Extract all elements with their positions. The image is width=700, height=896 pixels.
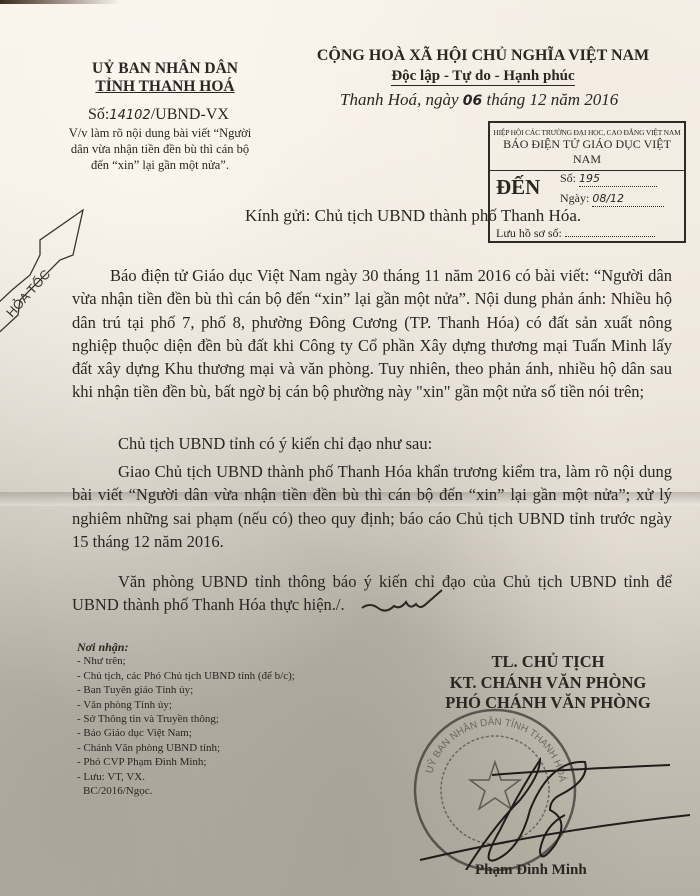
stamp-ngay-value: 08/12 bbox=[592, 192, 624, 205]
recipients-list: Nơi nhận: - Như trên; - Chủ tịch, các Ph… bbox=[77, 640, 295, 798]
body-paragraph-2: Chủ tịch UBND tỉnh có ý kiến chỉ đạo như… bbox=[72, 432, 672, 455]
recipient-item: - Chủ tịch, các Phó Chủ tịch UBND tỉnh (… bbox=[77, 669, 295, 683]
signer-name: Phạm Đình Minh bbox=[475, 862, 587, 879]
stamp-newspaper: BÁO ĐIỆN TỬ GIÁO DỤC VIỆT NAM bbox=[490, 137, 684, 171]
recipient-item: - Sở Thông tin và Truyền thông; bbox=[77, 712, 295, 726]
national-title: CỘNG HOÀ XÃ HỘI CHỦ NGHĨA VIỆT NAM bbox=[308, 47, 658, 65]
national-motto: Độc lập - Tự do - Hạnh phúc bbox=[308, 68, 658, 85]
urgent-label: HỎA TỐC bbox=[3, 267, 53, 320]
stamp-association: HIỆP HỘI CÁC TRƯỜNG ĐẠI HỌC, CAO ĐẲNG VI… bbox=[490, 128, 684, 137]
issuing-authority: UỶ BAN NHÂN DÂN TỈNH THANH HOÁ bbox=[80, 60, 250, 96]
recipient-item: - Văn phòng Tỉnh ủy; bbox=[77, 698, 295, 712]
recipient-item: - Như trên; bbox=[77, 654, 295, 668]
recipient-item: - Chánh Văn phòng UBND tỉnh; bbox=[77, 741, 295, 755]
handwritten-signature-icon bbox=[400, 740, 700, 870]
doc-number-handwritten: 14102 bbox=[109, 108, 150, 123]
signature-block: TL. CHỦ TỊCH KT. CHÁNH VĂN PHÒNG PHÓ CHÁ… bbox=[400, 652, 696, 714]
sign-line-2: KT. CHÁNH VĂN PHÒNG bbox=[400, 673, 696, 694]
photo-edge bbox=[0, 0, 120, 4]
recipient-item: - Ban Tuyên giáo Tỉnh ủy; bbox=[77, 683, 295, 697]
body-paragraph-1: Báo điện tử Giáo dục Việt Nam ngày 30 th… bbox=[72, 264, 672, 404]
recipients-title: Nơi nhận: bbox=[77, 640, 295, 654]
org-line-1: UỶ BAN NHÂN DÂN bbox=[80, 60, 250, 78]
recipients-footer: BC/2016/Ngọc. bbox=[77, 784, 295, 798]
recipient-item: - Báo Giáo dục Việt Nam; bbox=[77, 726, 295, 740]
stamp-luu-row: Lưu hồ sơ số: bbox=[496, 226, 655, 241]
stamp-so-value: 195 bbox=[579, 172, 600, 185]
body-paragraph-3: Giao Chủ tịch UBND thành phố Thanh Hóa k… bbox=[72, 460, 672, 553]
sign-line-1: TL. CHỦ TỊCH bbox=[400, 652, 696, 673]
stamp-so-row: Số: 195 bbox=[560, 171, 657, 187]
salutation: Kính gửi: Chủ tịch UBND thành phố Thanh … bbox=[245, 206, 581, 226]
document-subject: V/v làm rõ nội dung bài viết “Người dân … bbox=[50, 125, 270, 173]
org-line-2: TỈNH THANH HOÁ bbox=[80, 78, 250, 96]
handwritten-mark-icon bbox=[360, 588, 450, 616]
stamp-den-label: ĐẾN bbox=[496, 175, 540, 200]
place-and-date: Thanh Hoá, ngày 06 tháng 12 năm 2016 bbox=[340, 90, 618, 110]
document-number: Số:14102/UBND-VX bbox=[88, 106, 229, 124]
sign-line-3: PHÓ CHÁNH VĂN PHÒNG bbox=[400, 693, 696, 714]
stamp-ngay-row: Ngày: 08/12 bbox=[560, 191, 664, 207]
day-handwritten: 06 bbox=[463, 93, 482, 109]
recipient-item: - Lưu: VT, VX. bbox=[77, 770, 295, 784]
recipient-item: - Phó CVP Phạm Đình Minh; bbox=[77, 755, 295, 769]
